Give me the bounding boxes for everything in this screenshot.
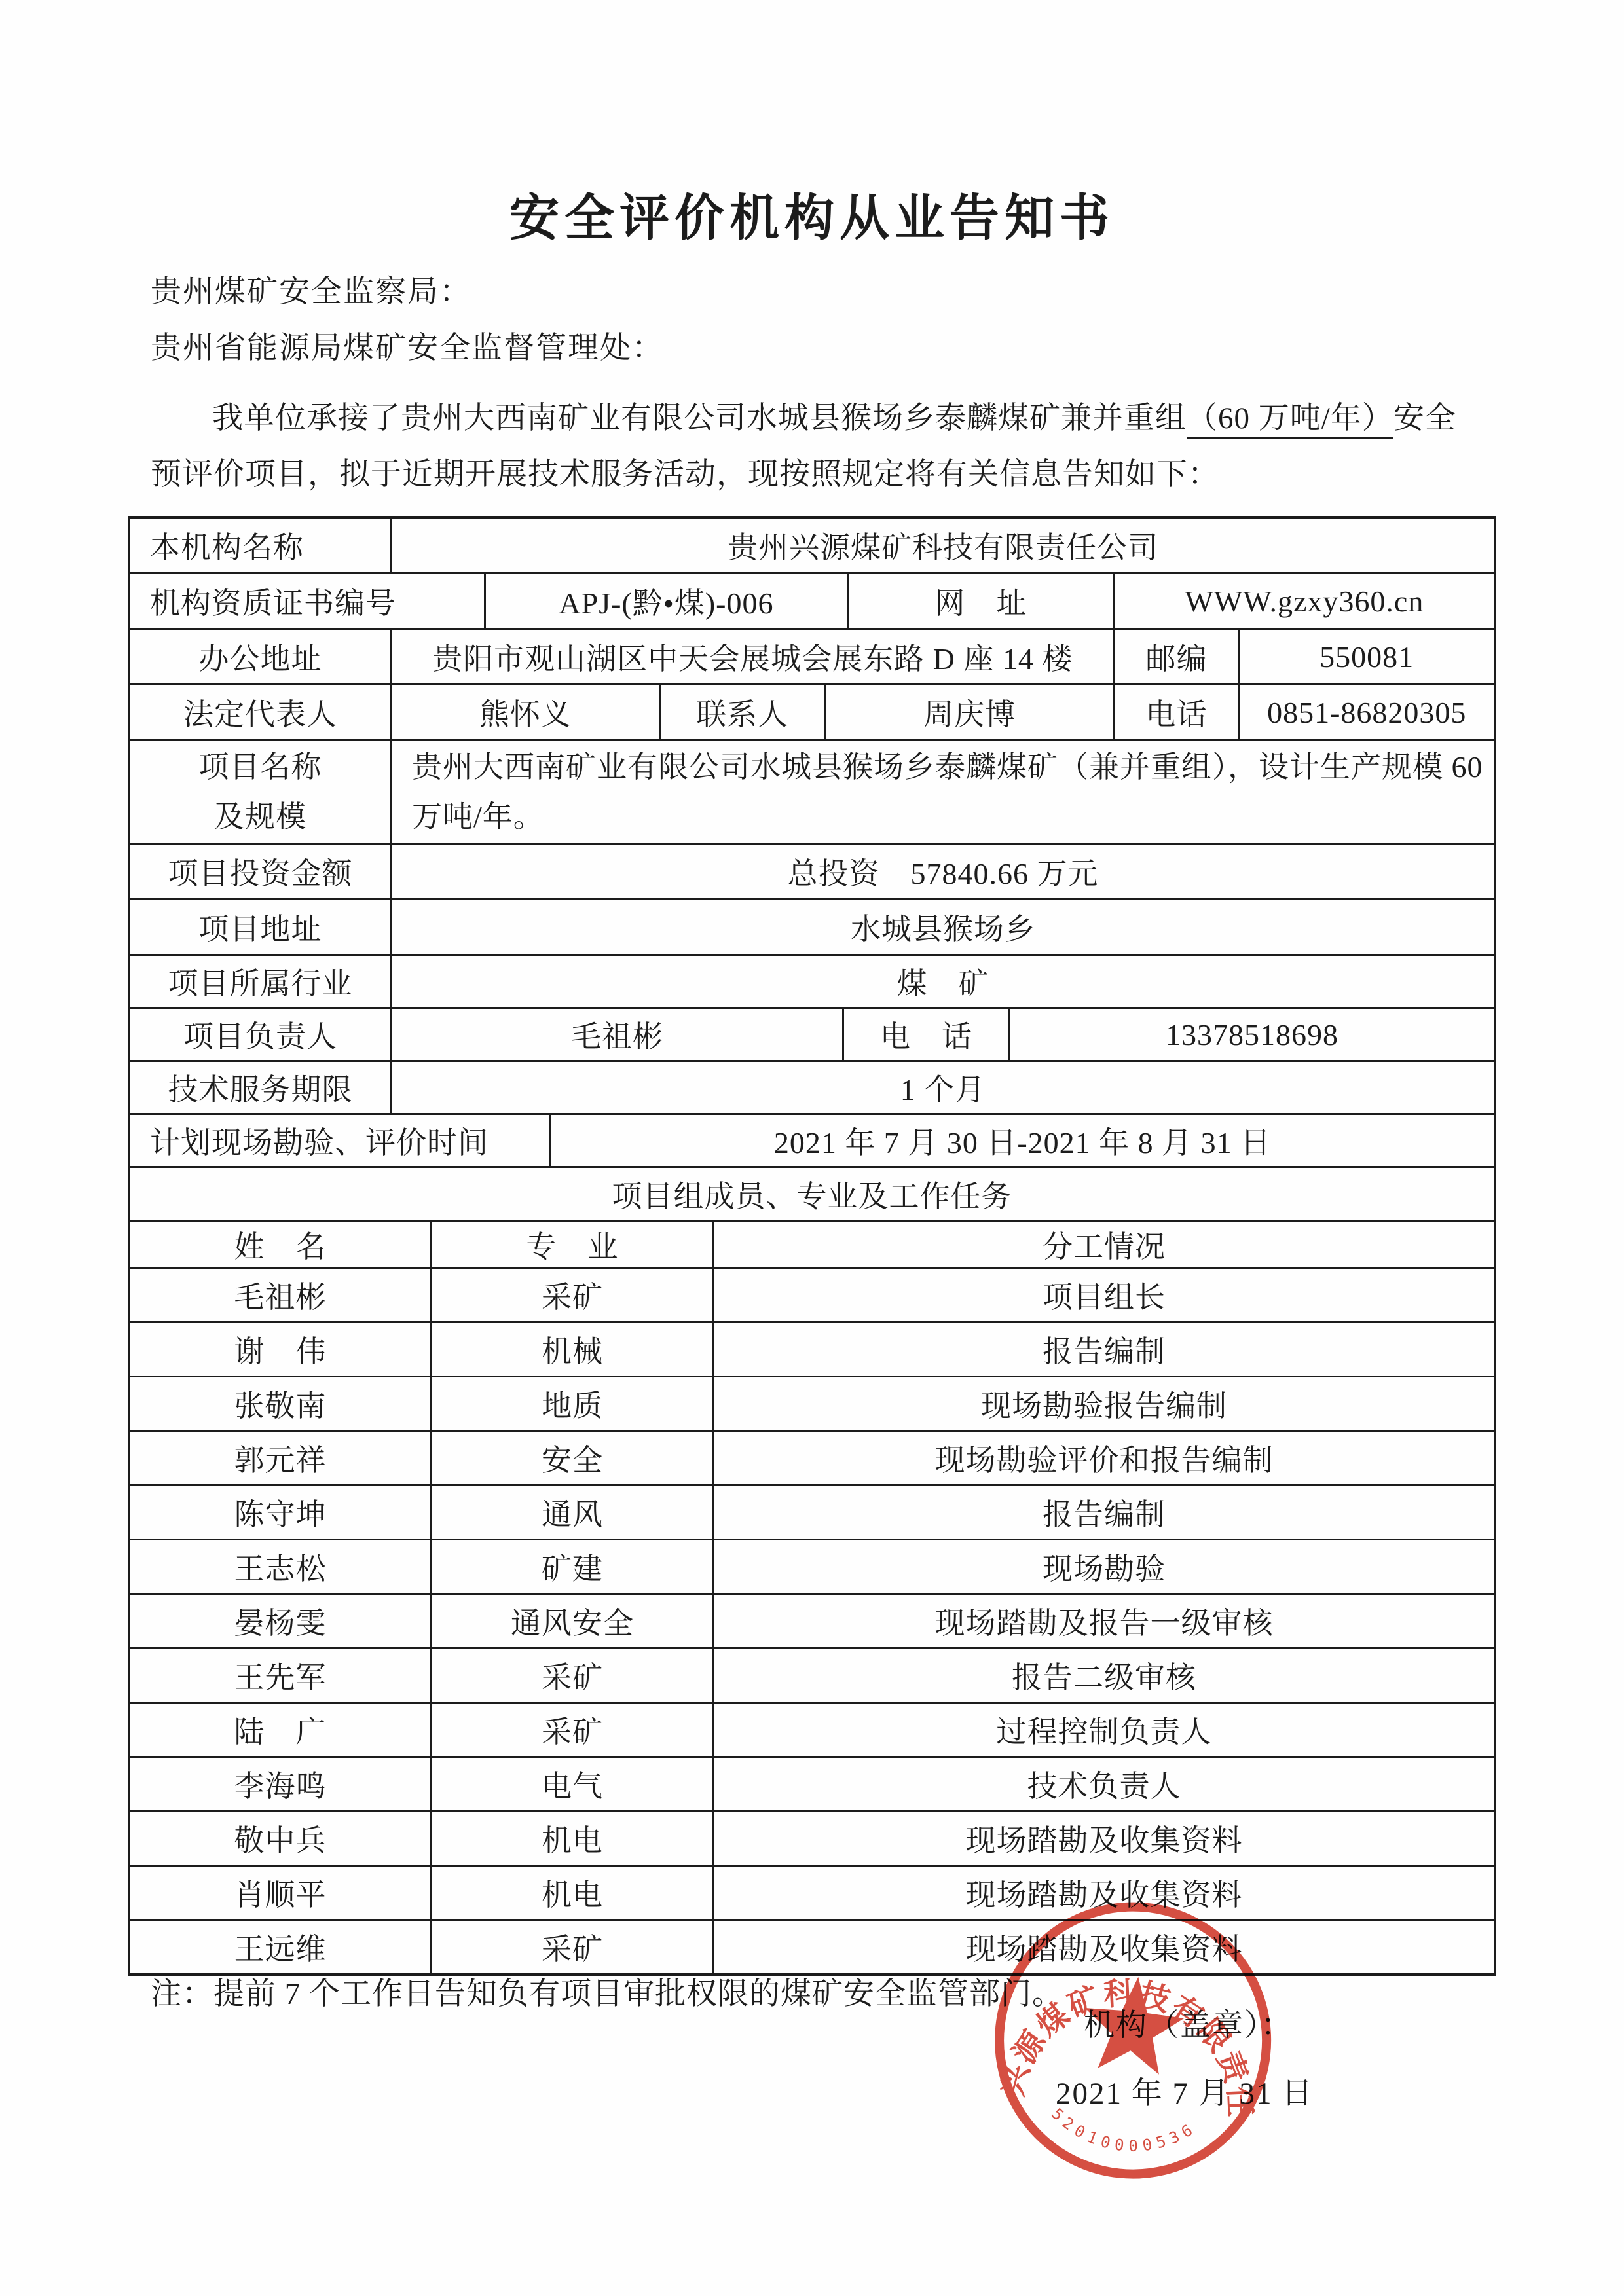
website-value: WWW.gzxy360.cn: [1113, 574, 1494, 628]
recipient-line-1: 贵州煤矿安全监察局：: [151, 267, 471, 311]
member-row: 肖顺平 机电 现场踏勘及收集资料: [130, 1865, 1494, 1919]
industry-value: 煤 矿: [390, 956, 1494, 1007]
member-name: 敬中兵: [130, 1812, 430, 1865]
zip-label: 邮编: [1113, 630, 1238, 683]
project-address-value: 水城县猴场乡: [390, 900, 1494, 954]
intro-line1-post: 安全: [1393, 401, 1456, 435]
member-major: 采矿: [430, 1269, 712, 1321]
org-name-value: 贵州兴源煤矿科技有限责任公司: [390, 519, 1494, 572]
member-major: 电气: [430, 1758, 712, 1810]
org-name-label: 本机构名称: [130, 519, 390, 572]
team-header: 项目组成员、专业及工作任务: [130, 1168, 1494, 1220]
member-row: 敬中兵 机电 现场踏勘及收集资料: [130, 1810, 1494, 1865]
member-row: 王志松 矿建 现场勘验: [130, 1539, 1494, 1593]
schedule-value: 2021 年 7 月 30 日-2021 年 8 月 31 日: [549, 1115, 1494, 1166]
row-schedule: 计划现场勘验、评价时间 2021 年 7 月 30 日-2021 年 8 月 3…: [130, 1113, 1494, 1166]
row-team-header: 项目组成员、专业及工作任务: [130, 1166, 1494, 1220]
page-title: 安全评价机构从业告知书: [0, 178, 1624, 249]
member-task: 技术负责人: [712, 1758, 1494, 1810]
member-row: 陈守坤 通风 报告编制: [130, 1484, 1494, 1539]
project-name-label-line2: 及规模: [214, 792, 306, 842]
col-header-task: 分工情况: [712, 1222, 1494, 1267]
manager-phone-label: 电 话: [842, 1009, 1008, 1060]
member-major: 机电: [430, 1812, 712, 1865]
office-value: 贵阳市观山湖区中天会展城会展东路 D 座 14 楼: [390, 630, 1113, 683]
member-task: 现场勘验: [712, 1540, 1494, 1593]
row-manager: 项目负责人 毛祖彬 电 话 13378518698: [130, 1007, 1494, 1060]
row-org-name: 本机构名称 贵州兴源煤矿科技有限责任公司: [130, 519, 1494, 572]
member-name: 李海鸣: [130, 1758, 430, 1810]
member-major: 采矿: [430, 1921, 712, 1973]
legal-label: 法定代表人: [130, 685, 390, 739]
member-major: 通风安全: [430, 1595, 712, 1647]
row-investment: 项目投资金额 总投资 57840.66 万元: [130, 843, 1494, 898]
schedule-label: 计划现场勘验、评价时间: [130, 1115, 549, 1166]
member-row: 陆 广 采矿 过程控制负责人: [130, 1702, 1494, 1756]
document-date: 2021 年 7 月 31 日: [1056, 2069, 1314, 2113]
project-name-label: 项目名称 及规模: [130, 741, 390, 843]
member-major: 机械: [430, 1323, 712, 1376]
member-task: 现场勘验评价和报告编制: [712, 1432, 1494, 1484]
row-project-address: 项目地址 水城县猴场乡: [130, 898, 1494, 954]
member-name: 王志松: [130, 1540, 430, 1593]
member-task: 现场踏勘及报告一级审核: [712, 1595, 1494, 1647]
member-name: 王先军: [130, 1649, 430, 1702]
contact-value: 周庆博: [824, 685, 1113, 739]
member-major: 安全: [430, 1432, 712, 1484]
row-industry: 项目所属行业 煤 矿: [130, 954, 1494, 1007]
row-cert: 机构资质证书编号 APJ-(黔•煤)-006 网 址 WWW.gzxy360.c…: [130, 572, 1494, 628]
member-task: 项目组长: [712, 1269, 1494, 1321]
member-name: 谢 伟: [130, 1323, 430, 1376]
member-task: 现场勘验报告编制: [712, 1377, 1494, 1430]
member-name: 郭元祥: [130, 1432, 430, 1484]
member-name: 晏杨雯: [130, 1595, 430, 1647]
member-name: 毛祖彬: [130, 1269, 430, 1321]
contact-label: 联系人: [659, 685, 824, 739]
member-major: 采矿: [430, 1704, 712, 1756]
member-row: 张敬南 地质 现场勘验报告编制: [130, 1376, 1494, 1430]
member-task: 过程控制负责人: [712, 1704, 1494, 1756]
member-row: 郭元祥 安全 现场勘验评价和报告编制: [130, 1430, 1494, 1484]
website-label: 网 址: [847, 574, 1113, 628]
intro-paragraph: 我单位承接了贵州大西南矿业有限公司水城县猴场乡泰麟煤矿兼并重组（60 万吨/年）…: [151, 390, 1475, 503]
member-major: 采矿: [430, 1649, 712, 1702]
member-row: 王先军 采矿 报告二级审核: [130, 1647, 1494, 1702]
member-major: 通风: [430, 1486, 712, 1539]
member-row: 李海鸣 电气 技术负责人: [130, 1756, 1494, 1810]
seal-caption: 机构（盖章）：: [1084, 2001, 1293, 2045]
member-row: 谢 伟 机械 报告编制: [130, 1321, 1494, 1376]
member-name: 陈守坤: [130, 1486, 430, 1539]
member-task: 现场踏勘及收集资料: [712, 1921, 1494, 1973]
member-name: 陆 广: [130, 1704, 430, 1756]
intro-line-1: 我单位承接了贵州大西南矿业有限公司水城县猴场乡泰麟煤矿兼并重组（60 万吨/年）…: [151, 390, 1475, 446]
member-task: 报告编制: [712, 1323, 1494, 1376]
row-office: 办公地址 贵阳市观山湖区中天会展城会展东路 D 座 14 楼 邮编 550081: [130, 628, 1494, 683]
project-address-label: 项目地址: [130, 900, 390, 954]
office-label: 办公地址: [130, 630, 390, 683]
investment-value: 总投资 57840.66 万元: [390, 845, 1494, 898]
manager-label: 项目负责人: [130, 1009, 390, 1060]
col-header-major: 专 业: [430, 1222, 712, 1267]
manager-value: 毛祖彬: [390, 1009, 842, 1060]
member-name: 王远维: [130, 1921, 430, 1973]
member-row: 晏杨雯 通风安全 现场踏勘及报告一级审核: [130, 1593, 1494, 1647]
col-header-name: 姓 名: [130, 1222, 430, 1267]
member-task: 现场踏勘及收集资料: [712, 1867, 1494, 1919]
intro-line-2: 预评价项目，拟于近期开展技术服务活动，现按照规定将有关信息告知如下：: [151, 446, 1475, 503]
investment-label: 项目投资金额: [130, 845, 390, 898]
member-major: 矿建: [430, 1540, 712, 1593]
duration-value: 1 个月: [390, 1062, 1494, 1113]
phone-value: 0851-86820305: [1238, 685, 1494, 739]
zip-value: 550081: [1238, 630, 1494, 683]
cert-value: APJ-(黔•煤)-006: [484, 574, 847, 628]
row-project-name: 项目名称 及规模 贵州大西南矿业有限公司水城县猴场乡泰麟煤矿（兼并重组），设计生…: [130, 739, 1494, 843]
member-task: 报告编制: [712, 1486, 1494, 1539]
project-name-value: 贵州大西南矿业有限公司水城县猴场乡泰麟煤矿（兼并重组），设计生产规模 60 万吨…: [390, 741, 1494, 843]
member-major: 地质: [430, 1377, 712, 1430]
document-page: 安全评价机构从业告知书 贵州煤矿安全监察局： 贵州省能源局煤矿安全监督管理处： …: [0, 0, 1624, 2296]
member-name: 肖顺平: [130, 1867, 430, 1919]
member-major: 机电: [430, 1867, 712, 1919]
cert-label: 机构资质证书编号: [130, 574, 484, 628]
intro-line1-pre: 我单位承接了贵州大西南矿业有限公司水城县猴场乡泰麟煤矿兼并重组: [212, 401, 1187, 435]
member-name: 张敬南: [130, 1377, 430, 1430]
member-task: 报告二级审核: [712, 1649, 1494, 1702]
project-name-label-line1: 项目名称: [199, 742, 322, 792]
member-row: 王远维 采矿 现场踏勘及收集资料: [130, 1919, 1494, 1973]
row-duration: 技术服务期限 1 个月: [130, 1060, 1494, 1113]
duration-label: 技术服务期限: [130, 1062, 390, 1113]
intro-line1-underlined: （60 万吨/年）: [1187, 401, 1393, 439]
manager-phone-value: 13378518698: [1008, 1009, 1494, 1060]
member-row: 毛祖彬 采矿 项目组长: [130, 1267, 1494, 1321]
row-team-columns: 姓 名 专 业 分工情况: [130, 1220, 1494, 1267]
recipient-line-2: 贵州省能源局煤矿安全监督管理处：: [151, 323, 664, 367]
row-legal: 法定代表人 熊怀义 联系人 周庆博 电话 0851-86820305: [130, 683, 1494, 739]
phone-label: 电话: [1113, 685, 1238, 739]
member-task: 现场踏勘及收集资料: [712, 1812, 1494, 1865]
industry-label: 项目所属行业: [130, 956, 390, 1007]
info-table: 本机构名称 贵州兴源煤矿科技有限责任公司 机构资质证书编号 APJ-(黔•煤)-…: [128, 516, 1496, 1976]
footer-note: 注：提前 7 个工作日告知负有项目审批权限的煤矿安全监管部门。: [151, 1969, 1063, 2013]
legal-value: 熊怀义: [390, 685, 659, 739]
